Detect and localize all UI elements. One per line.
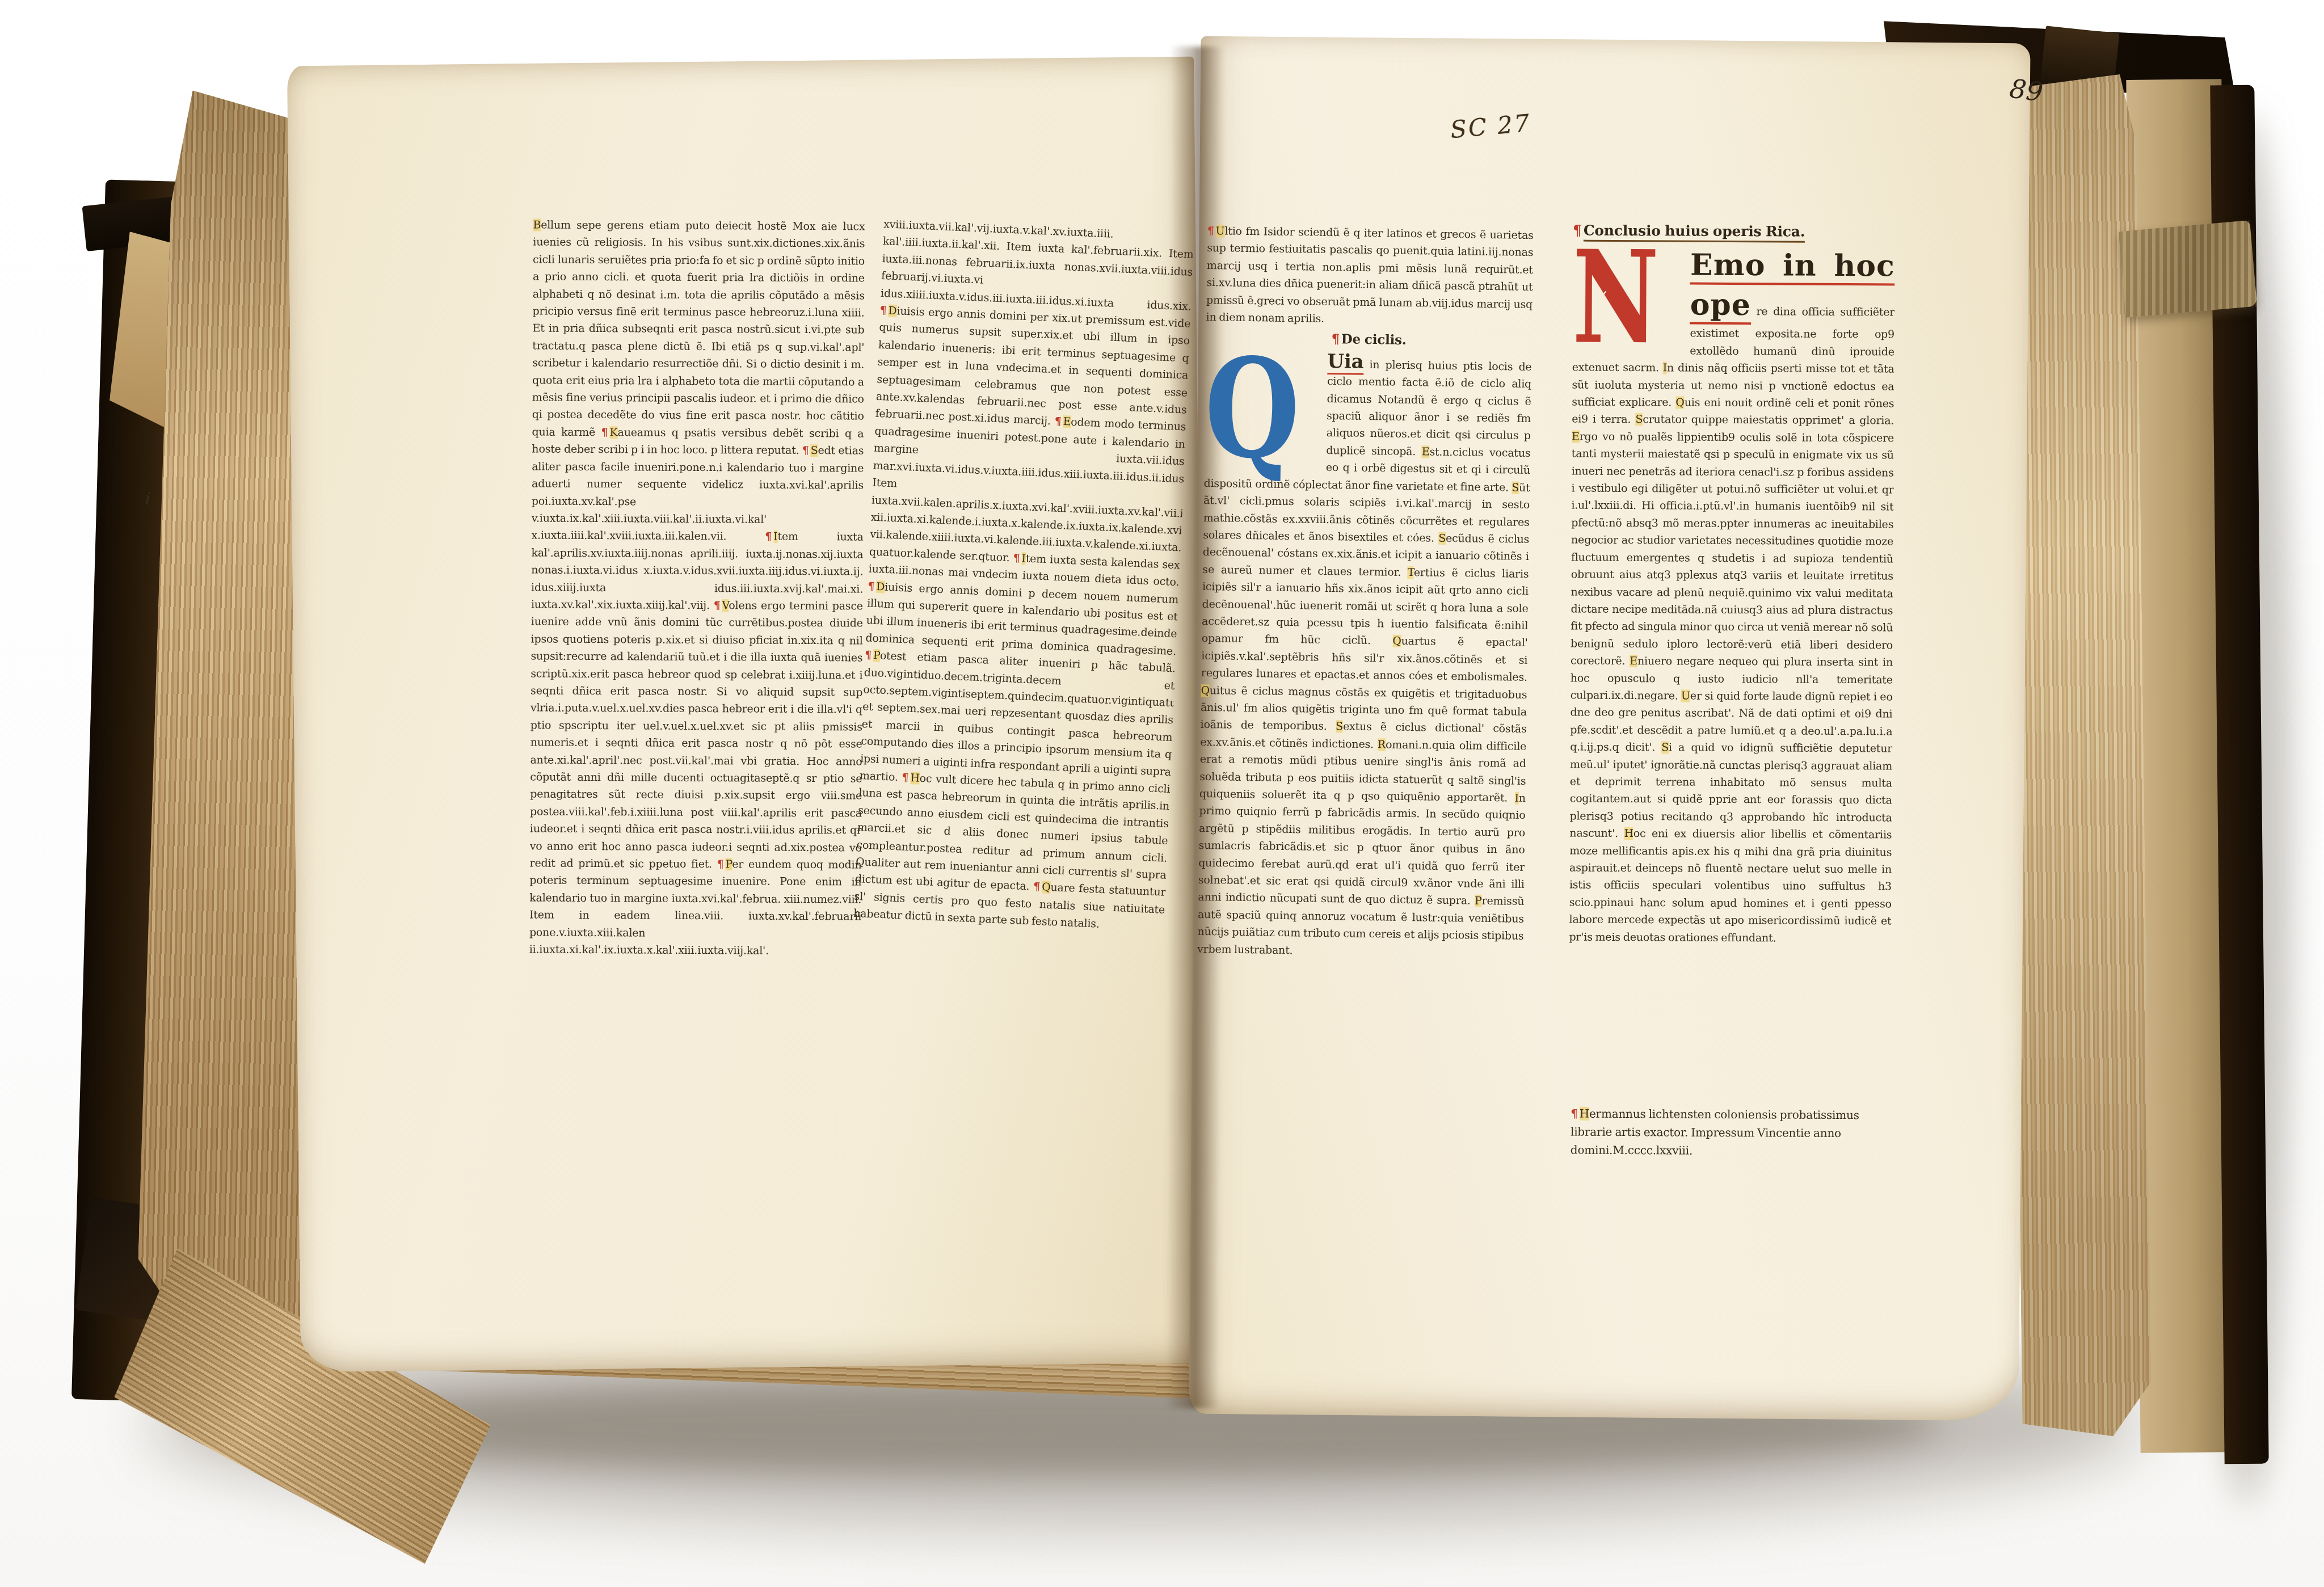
pilcrow-icon: ¶ xyxy=(902,771,911,784)
yellow-washed-capital: D xyxy=(888,305,897,318)
yellow-washed-capital: H xyxy=(910,772,920,785)
clasp-strap-tab xyxy=(2119,220,2257,318)
yellow-washed-capital: E xyxy=(1572,430,1580,443)
yellow-washed-capital: E xyxy=(1422,445,1430,458)
yellow-washed-capital: U xyxy=(1216,225,1225,237)
yellow-washed-capital: E xyxy=(1630,655,1637,667)
pilcrow-icon: ¶ xyxy=(1207,225,1216,237)
pilcrow-icon: ¶ xyxy=(1571,1107,1580,1121)
right-page-column-1: ¶Ultio fm Isidor sciendũ ẽ q iter latino… xyxy=(1194,222,1534,1157)
yellow-washed-capital: P xyxy=(873,649,881,662)
yellow-washed-capital: S xyxy=(1438,532,1446,545)
right-page-column-2: ¶Conclusio huius operis Rica. N Emo in h… xyxy=(1568,222,1895,1098)
yellow-washed-capital: Q xyxy=(1392,635,1401,647)
paragraph-ultio: ¶Ultio fm Isidor sciendũ ẽ q iter latino… xyxy=(1206,222,1533,330)
lead-word: Uia xyxy=(1327,350,1364,375)
yellow-washed-capital: B xyxy=(533,218,541,231)
yellow-washed-capital: P xyxy=(726,858,732,870)
yellow-washed-capital: Q xyxy=(1201,684,1210,696)
yellow-washed-capital: T xyxy=(1408,566,1414,579)
yellow-washed-capital: D xyxy=(876,580,885,593)
pilcrow-icon: ¶ xyxy=(601,426,610,439)
pilcrow-icon: ¶ xyxy=(765,531,773,543)
initial-q: Q xyxy=(1204,353,1300,464)
left-page-column-1: Bellum sepe gerens etiam puto deiecit ho… xyxy=(528,216,865,1198)
colophon: ¶Hermannus lichtensten coloniensis proba… xyxy=(1571,1105,1888,1161)
pilcrow-icon: ¶ xyxy=(879,304,889,317)
folio-number: 89 xyxy=(2008,73,2045,108)
pilcrow-icon: ¶ xyxy=(714,599,722,612)
book-photo: Bellum sepe gerens etiam puto deiecit ho… xyxy=(0,0,2324,1587)
pilcrow-icon: ¶ xyxy=(717,858,726,870)
yellow-washed-capital: K xyxy=(609,426,617,439)
yellow-washed-capital: I xyxy=(1663,362,1667,374)
yellow-washed-capital: S xyxy=(1635,414,1643,426)
initial-n: N xyxy=(1572,249,1659,348)
paragraph-quia: Q Uia in plerisq huius ptis locis de cic… xyxy=(1197,351,1532,962)
yellow-washed-capital: V xyxy=(722,599,729,612)
yellow-washed-capital: U xyxy=(1681,689,1690,702)
yellow-washed-capital: R xyxy=(1378,738,1386,751)
pilcrow-icon: ¶ xyxy=(802,444,811,457)
pilcrow-icon: ¶ xyxy=(1033,881,1042,894)
yellow-washed-capital: S xyxy=(1512,481,1519,494)
yellow-washed-capital: I xyxy=(773,531,777,543)
yellow-washed-capital: E xyxy=(1063,416,1071,429)
yellow-washed-capital: H xyxy=(1624,827,1633,840)
pilcrow-icon: ¶ xyxy=(1013,552,1022,565)
yellow-washed-capital: S xyxy=(811,444,818,457)
pilcrow-icon: ¶ xyxy=(1331,332,1341,347)
yellow-washed-capital: S xyxy=(1661,742,1669,754)
yellow-washed-capital: I xyxy=(1514,792,1519,805)
yellow-washed-capital: H xyxy=(1580,1107,1589,1121)
yellow-washed-capital: P xyxy=(1475,895,1482,907)
yellow-washed-capital: Q xyxy=(1675,397,1685,409)
pilcrow-icon: ¶ xyxy=(865,649,874,662)
yellow-washed-capital: I xyxy=(1021,552,1026,565)
pilcrow-icon: ¶ xyxy=(1054,415,1063,428)
yellow-washed-capital: Q xyxy=(1042,881,1051,894)
pilcrow-icon: ¶ xyxy=(868,580,877,593)
paragraph-nemo: N Emo in hoc ope re dina officia suffici… xyxy=(1569,245,1894,948)
yellow-washed-capital: S xyxy=(1336,721,1343,733)
left-page-column-2: xviii.iuxta.vii.kal'.vij.iuxta.v.kal'.xv… xyxy=(841,216,1195,1209)
